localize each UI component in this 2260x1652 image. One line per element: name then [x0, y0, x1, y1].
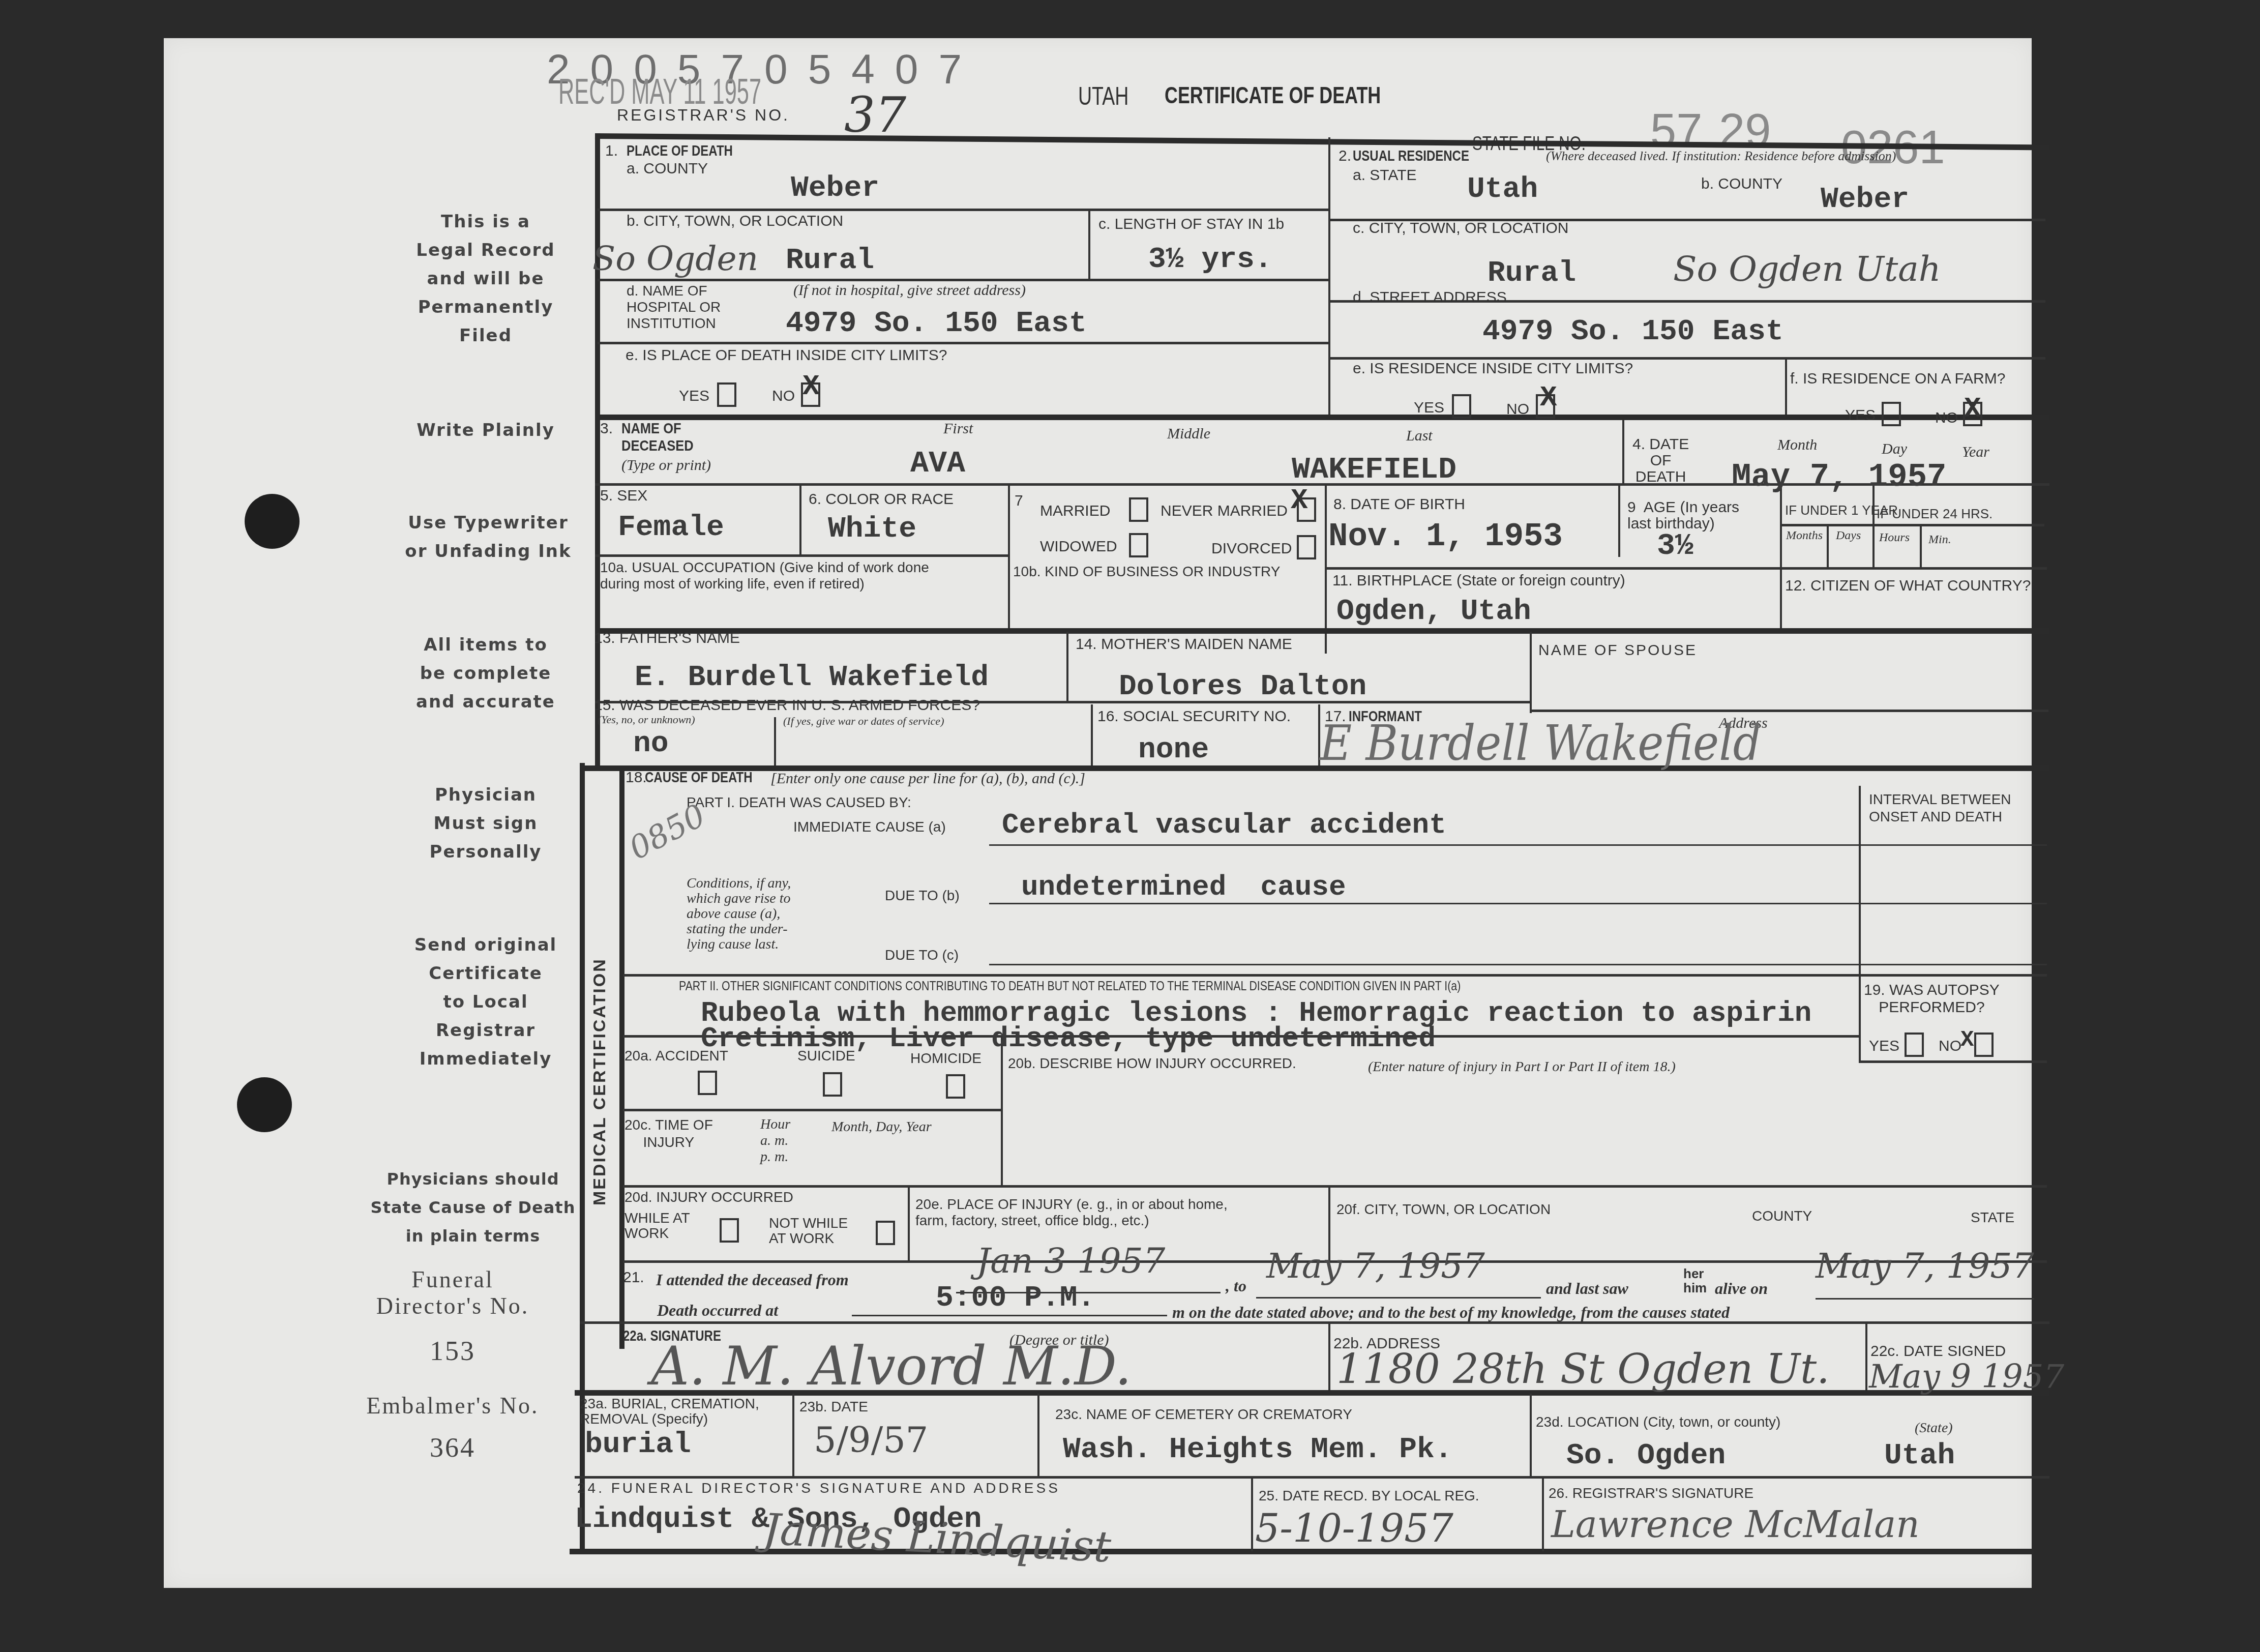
length-of-stay-value: 3½ yrs.	[1148, 243, 1272, 276]
burial-state-label: (State)	[1915, 1420, 1953, 1436]
margin-note-physicians-should: Physicians should State Cause of Death i…	[356, 1165, 590, 1250]
title-prefix: UTAH	[1078, 81, 1128, 111]
race-value: White	[828, 513, 916, 546]
residence-heading: USUAL RESIDENCE	[1353, 147, 1469, 165]
residence-inside-limits-yes-label: YES	[1414, 399, 1444, 417]
form-left-border-lower	[580, 763, 585, 1554]
spouse-label: NAME OF SPOUSE	[1538, 642, 1697, 659]
row-20c-bottom	[623, 1185, 2047, 1188]
cause-num: 18.	[626, 769, 647, 786]
to-label: , to	[1226, 1277, 1246, 1295]
suicide-checkbox[interactable]	[823, 1072, 842, 1097]
place-of-injury-label: 20e. PLACE OF INJURY (e. g., in or about…	[915, 1196, 1228, 1229]
immediate-cause-value: Cerebral vascular accident	[1002, 809, 1446, 841]
residence-num: 2.	[1339, 147, 1351, 165]
row-part1-bottom	[623, 974, 2047, 977]
col-divider-1-2	[1328, 137, 1330, 417]
death-city-label: b. CITY, TOWN, OR LOCATION	[627, 213, 843, 230]
margin-note-send-original: Send original Certificate to Local Regis…	[397, 931, 575, 1073]
col-race-marital	[1008, 486, 1010, 631]
residence-street-value: 4979 So. 150 East	[1482, 315, 1783, 348]
birthplace-label: 11. BIRTHPLACE (State or foreign country…	[1332, 572, 1625, 589]
name-label: NAME OF DECEASED	[621, 420, 694, 455]
cemetery-label: 23c. NAME OF CEMETERY OR CREMATORY	[1055, 1406, 1352, 1423]
autopsy-yes-checkbox[interactable]	[1905, 1032, 1924, 1057]
row-1d-bottom	[598, 342, 1328, 344]
marital-divorced-checkbox[interactable]	[1297, 535, 1316, 559]
date-of-death-value: May 7, 1957	[1732, 459, 1946, 496]
business-label: 10b. KIND OF BUSINESS OR INDUSTRY	[1013, 564, 1280, 580]
marital-never-married-label: NEVER MARRIED	[1161, 503, 1288, 520]
col-25-26	[1542, 1478, 1544, 1551]
row-under-header	[1780, 524, 2044, 526]
margin-note-write-plainly: Write Plainly	[397, 416, 575, 445]
hospital-value: 4979 So. 150 East	[786, 307, 1087, 340]
residence-hint: (Where deceased lived. If institution: R…	[1546, 149, 1896, 164]
physician-signature: A. M. Alvord M.D.	[651, 1335, 1132, 1397]
mother-label: 14. MOTHER'S MAIDEN NAME	[1076, 636, 1292, 653]
embalmer-no-label: Embalmer's No.	[351, 1393, 554, 1419]
row-2d-bottom	[1328, 357, 2045, 360]
autopsy-no-checkbox[interactable]	[1974, 1032, 1994, 1057]
under-24-hrs-label: IF UNDER 24 HRS.	[1877, 506, 1993, 522]
row-sex-bottom-left	[595, 554, 1008, 557]
medical-certification-label: MEDICAL CERTIFICATION	[590, 958, 610, 1205]
row-20a-bottom	[623, 1109, 1001, 1111]
col-months-days	[1827, 524, 1829, 570]
ssn-value: none	[1138, 733, 1209, 766]
father-value: E. Burdell Wakefield	[635, 661, 989, 694]
attended-to-value: May 7, 1957	[1266, 1246, 1485, 1286]
residence-street-label: d. STREET ADDRESS	[1353, 289, 1507, 306]
residence-farm-yes-label: YES	[1845, 407, 1876, 424]
time-of-injury-label: 20c. TIME OF INJURY	[625, 1116, 713, 1151]
dob-value: Nov. 1, 1953	[1328, 519, 1563, 555]
residence-inside-limits-no-mark: X	[1540, 381, 1557, 414]
hospital-hint: (If not in hospital, give street address…	[793, 282, 1026, 299]
age-value: 3½	[1657, 529, 1693, 564]
death-occurred-label: Death occurred at	[657, 1301, 778, 1320]
col-age-under1	[1780, 486, 1782, 633]
margin-note-legal-record: This is a Legal Record and will be Perma…	[397, 208, 575, 350]
attendance-statement: m on the date stated above; and to the b…	[1172, 1303, 1730, 1322]
residence-state-label: a. STATE	[1353, 167, 1417, 184]
burial-date-value: 5/9/57	[814, 1419, 928, 1461]
death-inside-limits-label: e. IS PLACE OF DEATH INSIDE CITY LIMITS?	[626, 347, 947, 364]
armed-forces-hint-1: (Yes, no, or unknown)	[598, 713, 695, 726]
injury-occurred-label: 20d. INJURY OCCURRED	[625, 1189, 793, 1205]
marital-married-checkbox[interactable]	[1129, 497, 1148, 522]
registrars-no-label: REGISTRAR'S NO.	[617, 106, 790, 125]
col-23b-23c	[1037, 1394, 1039, 1478]
place-of-death-num: 1.	[605, 142, 618, 160]
death-inside-limits-yes-label: YES	[679, 388, 709, 405]
due-c-label: DUE TO (c)	[885, 947, 959, 963]
attended-from-value: Jan 3 1957	[976, 1241, 1165, 1281]
burial-label: 23a. BURIAL, CREMATION, REMOVAL (Specify…	[580, 1396, 759, 1427]
while-at-work-checkbox[interactable]	[720, 1218, 739, 1243]
armed-forces-label: 15. WAS DECEASED EVER IN U. S. ARMED FOR…	[594, 697, 980, 714]
marital-num: 7	[1015, 492, 1023, 510]
death-county-value: Weber	[791, 172, 879, 205]
immediate-cause-label: IMMEDIATE CAUSE (a)	[793, 819, 946, 835]
residence-farm-no-label: NO	[1935, 409, 1958, 427]
first-name-label: First	[943, 420, 973, 437]
hole-punch-top	[245, 494, 300, 549]
col-interval	[1859, 786, 1861, 1060]
father-label: 13. FATHER'S NAME	[594, 630, 740, 647]
death-city-value: Rural	[786, 244, 874, 277]
row-dob-bottom-right	[1325, 567, 2047, 570]
part2-label: PART II. OTHER SIGNIFICANT CONDITIONS CO…	[679, 978, 1461, 994]
col-22b-22c	[1865, 1324, 1867, 1393]
col-15-inner	[774, 717, 776, 765]
residence-inside-limits-label: e. IS RESIDENCE INSIDE CITY LIMITS?	[1353, 360, 1633, 377]
place-of-death-heading: PLACE OF DEATH	[627, 142, 733, 160]
burial-state-value: Utah	[1884, 1439, 1955, 1472]
hour-label: Hour a. m. p. m.	[760, 1116, 790, 1165]
sex-label: 5. SEX	[600, 487, 647, 505]
name-hint: (Type or print)	[621, 457, 711, 474]
cemetery-value: Wash. Heights Mem. Pk.	[1063, 1433, 1452, 1466]
cause-hint: [Enter only one cause per line for (a), …	[770, 770, 1085, 787]
line-immediate-cause	[989, 844, 2047, 846]
due-b-value: undetermined cause	[1021, 871, 1346, 903]
marital-divorced-label: DIVORCED	[1211, 540, 1292, 557]
margin-note-complete: All items to be complete and accurate	[397, 631, 575, 716]
certifier-address-value: 1180 28th St Ogden Ut.	[1336, 1345, 1830, 1393]
accident-checkbox[interactable]	[698, 1071, 717, 1095]
not-while-at-work-label: NOT WHILE AT WORK	[769, 1216, 848, 1246]
due-b-label: DUE TO (b)	[885, 888, 960, 904]
hospital-label: d. NAME OF HOSPITAL OR INSTITUTION	[627, 283, 721, 332]
mother-value: Dolores Dalton	[1119, 670, 1366, 703]
residence-farm-yes-checkbox[interactable]	[1882, 402, 1901, 426]
col-father-mother	[1066, 632, 1068, 702]
embalmer-no: 364	[351, 1434, 554, 1461]
part1-label: PART I. DEATH WAS CAUSED BY:	[687, 794, 911, 811]
col-name-date	[1622, 420, 1624, 485]
residence-farm-no-mark: X	[1964, 393, 1981, 425]
date-of-death-label: 4. DATE OF DEATH	[1632, 436, 1689, 485]
citizen-label: 12. CITIZEN OF WHAT COUNTRY?	[1785, 577, 2031, 595]
autopsy-no-mark: X	[1960, 1027, 1974, 1053]
registrar-signature: Lawrence McMalan	[1551, 1503, 1920, 1546]
death-county-label: a. COUNTY	[627, 160, 708, 178]
death-time-value: 5:00 P.M.	[936, 1282, 1095, 1315]
injury-desc-hint: (Enter nature of injury in Part I or Par…	[1368, 1059, 1676, 1075]
last-name-value: WAKEFIELD	[1292, 453, 1456, 487]
occupation-label: 10a. USUAL OCCUPATION (Give kind of work…	[600, 559, 929, 592]
accident-label: 20a. ACCIDENT	[625, 1048, 728, 1064]
conditions-hint: Conditions, if any, which gave rise to a…	[687, 876, 791, 952]
race-label: 6. COLOR OR RACE	[809, 491, 954, 508]
middle-name-label: Middle	[1167, 425, 1210, 442]
margin-note-typewriter: Use Typewriter or Unfading Ink	[392, 509, 585, 566]
col-23c-23d	[1530, 1394, 1532, 1478]
days-label: Days	[1836, 529, 1861, 543]
row-e-bottom	[595, 415, 2049, 420]
death-city-handwritten: So Ogden	[592, 239, 758, 278]
injury-state-label: STATE	[1971, 1209, 2014, 1226]
months-label: Months	[1786, 529, 1823, 543]
dob-label: 8. DATE OF BIRTH	[1333, 496, 1465, 513]
col-1b-1c	[1088, 209, 1090, 280]
residence-state-value: Utah	[1467, 173, 1538, 206]
col-22a-22b	[1328, 1324, 1330, 1393]
injury-county-label: COUNTY	[1752, 1208, 1812, 1224]
residence-inside-limits-yes-checkbox[interactable]	[1452, 394, 1471, 419]
residence-farm-label: f. IS RESIDENCE ON A FARM?	[1790, 370, 2005, 388]
col-hours-min	[1920, 524, 1922, 570]
funeral-director-no-label: Funeral Director's No.	[351, 1266, 554, 1319]
hours-label: Hours	[1879, 531, 1910, 545]
residence-county-value: Weber	[1821, 183, 1909, 216]
col-20d-20e	[908, 1188, 910, 1261]
injury-city-label: 20f. CITY, TOWN, OR LOCATION	[1336, 1201, 1551, 1218]
funeral-director-label: 24. FUNERAL DIRECTOR'S SIGNATURE AND ADD…	[577, 1480, 1060, 1496]
min-label: Min.	[1928, 533, 1951, 547]
sex-value: Female	[618, 511, 724, 544]
autopsy-no-label: NO	[1939, 1038, 1961, 1055]
last-seen-line	[1816, 1298, 2034, 1300]
year-label: Year	[1962, 444, 1989, 461]
death-inside-limits-yes-checkbox[interactable]	[717, 382, 736, 407]
autopsy-label: 19. WAS AUTOPSY PERFORMED?	[1864, 982, 2000, 1016]
date-recd-value: 5-10-1957	[1255, 1506, 1453, 1551]
col-sex-race	[799, 483, 801, 554]
death-time-line	[852, 1315, 1167, 1316]
residence-county-label: b. COUNTY	[1701, 175, 1782, 193]
first-name-value: AVA	[910, 447, 965, 481]
marital-married-label: MARRIED	[1040, 503, 1110, 520]
day-label: Day	[1882, 440, 1907, 458]
row-10-bottom	[595, 628, 2049, 634]
last-seen-value: May 7, 1957	[1816, 1246, 2034, 1286]
col-23a-23b	[792, 1394, 794, 1478]
death-inside-limits-no-mark: X	[802, 370, 820, 403]
funeral-director-no: 153	[351, 1338, 554, 1364]
burial-date-label: 23b. DATE	[799, 1399, 868, 1415]
birthplace-value: Ogden, Utah	[1336, 595, 1531, 628]
page-title: CERTIFICATE OF DEATH	[1165, 81, 1381, 109]
row-spouse-bottom	[1530, 710, 2048, 712]
attended-to-line	[1256, 1297, 1541, 1299]
length-of-stay-label: c. LENGTH OF STAY IN 1b	[1098, 216, 1284, 233]
month-label: Month	[1777, 436, 1817, 454]
attendance-num: 21.	[623, 1269, 644, 1286]
col-20a-20b	[1001, 1035, 1003, 1188]
informant-signature: E Burdell Wakefield	[1320, 715, 1761, 772]
burial-location-label: 23d. LOCATION (City, town, or county)	[1536, 1414, 1780, 1430]
residence-city-value: Rural	[1488, 257, 1576, 290]
alive-on-label: alive on	[1715, 1279, 1768, 1298]
not-while-at-work-checkbox[interactable]	[876, 1221, 895, 1245]
age-label: 9 AGE (In years last birthday)	[1627, 499, 1739, 532]
armed-forces-value: no	[633, 727, 669, 760]
suicide-label: SUICIDE	[797, 1048, 855, 1064]
her-him-label: her him	[1683, 1266, 1707, 1295]
row-1b-bottom	[598, 279, 1328, 281]
date-recd-label: 25. DATE RECD. BY LOCAL REG.	[1259, 1488, 1479, 1504]
attended-from-label: I attended the deceased from	[656, 1271, 849, 1289]
row-23-bottom	[575, 1476, 2049, 1479]
injury-desc-label: 20b. DESCRIBE HOW INJURY OCCURRED.	[1008, 1055, 1296, 1072]
col-24-25	[1251, 1478, 1253, 1551]
month-day-year-label: Month, Day, Year	[831, 1119, 932, 1135]
homicide-label: HOMICIDE	[910, 1050, 982, 1067]
col-15-16	[1091, 704, 1093, 768]
autopsy-yes-label: YES	[1869, 1038, 1899, 1055]
cause-label: CAUSE OF DEATH	[645, 769, 753, 786]
name-num: 3.	[600, 420, 613, 437]
burial-value: burial	[585, 1428, 691, 1461]
marital-widowed-checkbox[interactable]	[1129, 533, 1148, 557]
col-under1-under24	[1872, 486, 1875, 570]
form-left-border-upper	[595, 133, 600, 769]
date-signed-value: May 9 1957	[1869, 1358, 2064, 1396]
armed-forces-hint-2: (If yes, give war or dates of service)	[783, 715, 944, 728]
marital-never-married-mark: X	[1291, 484, 1308, 517]
margin-note-physician-sign: Physician Must sign Personally	[397, 781, 575, 866]
registrar-signature-label: 26. REGISTRAR'S SIGNATURE	[1549, 1485, 1753, 1501]
hole-punch-bottom	[237, 1077, 292, 1132]
row-autopsy-bottom	[1859, 1060, 2047, 1063]
while-at-work-label: WHILE AT WORK	[625, 1211, 690, 1241]
death-inside-limits-no-label: NO	[772, 388, 795, 405]
date-signed-label: 22c. DATE SIGNED	[1870, 1343, 2006, 1360]
marital-widowed-label: WIDOWED	[1040, 538, 1117, 555]
line-due-c	[989, 964, 2047, 965]
last-name-label: Last	[1406, 427, 1433, 445]
burial-location-value: So. Ogden	[1566, 1439, 1726, 1472]
col-2e-2f	[1785, 357, 1787, 418]
col-dob-age	[1618, 486, 1620, 557]
row-1a-bottom	[598, 209, 1328, 211]
residence-city-label: c. CITY, TOWN, OR LOCATION	[1353, 220, 1569, 237]
residence-inside-limits-no-label: NO	[1506, 401, 1529, 418]
residence-city-handwritten: So Ogden Utah	[1673, 249, 1941, 289]
homicide-checkbox[interactable]	[946, 1074, 965, 1099]
last-saw-label: and last saw	[1546, 1279, 1628, 1298]
interval-label: INTERVAL BETWEEN ONSET AND DEATH	[1869, 791, 2011, 825]
ssn-label: 16. SOCIAL SECURITY NO.	[1097, 708, 1291, 725]
